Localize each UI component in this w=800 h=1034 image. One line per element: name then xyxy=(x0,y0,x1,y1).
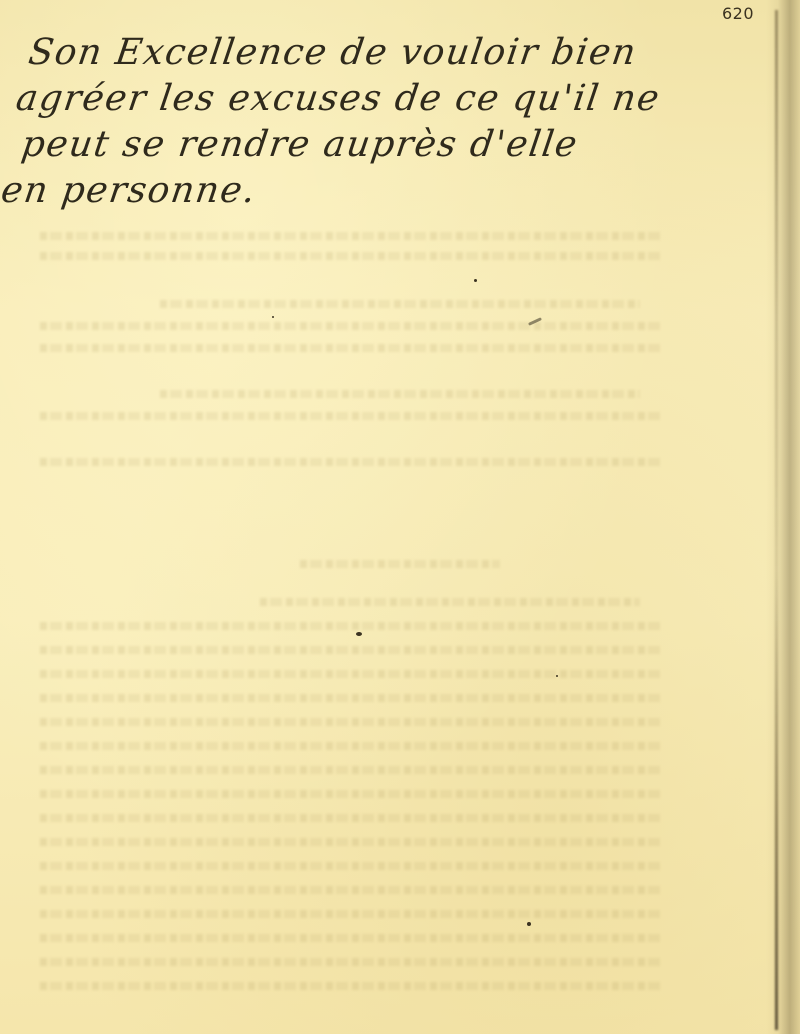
bleed-through-line xyxy=(40,322,660,330)
page-number: 620 xyxy=(722,4,754,23)
bleed-through-line xyxy=(260,598,640,606)
binding-shadow xyxy=(766,0,800,1034)
bleed-through-line xyxy=(40,252,660,260)
bleed-through-line xyxy=(40,232,660,240)
bleed-through-line xyxy=(40,934,660,942)
bleed-through-line xyxy=(40,742,660,750)
handwritten-line: en personne. xyxy=(0,168,763,214)
binding-edge-line xyxy=(775,10,778,1030)
bleed-through-line xyxy=(40,718,660,726)
bleed-through-line xyxy=(40,694,660,702)
bleed-through-line xyxy=(40,412,660,420)
bleed-through-line xyxy=(40,646,660,654)
bleed-through-line xyxy=(40,814,660,822)
handwritten-text: Son Excellence de vouloir bien agréer le… xyxy=(0,30,782,214)
bleed-through-line xyxy=(40,670,660,678)
bleed-through-line xyxy=(160,300,640,308)
bleed-through-line xyxy=(40,886,660,894)
ink-speck xyxy=(272,316,274,318)
bleed-through-line xyxy=(40,622,660,630)
handwritten-line: agréer les excuses de ce qu'il ne xyxy=(13,76,775,122)
handwritten-line: peut se rendre auprès d'elle xyxy=(19,122,769,168)
ink-speck xyxy=(556,675,558,677)
bleed-through-line xyxy=(40,838,660,846)
manuscript-page: 620 Son Excellence de vouloir bien agrée… xyxy=(0,0,800,1034)
bleed-through-heading xyxy=(300,560,500,568)
bleed-through-line xyxy=(160,390,640,398)
bleed-through-line xyxy=(40,766,660,774)
ink-speck xyxy=(474,279,477,282)
bleed-through-line xyxy=(40,344,660,352)
bleed-through-line xyxy=(40,910,660,918)
bleed-through-line xyxy=(40,790,660,798)
bleed-through-line xyxy=(40,458,660,466)
bleed-through-line xyxy=(40,862,660,870)
bleed-through-line xyxy=(40,982,660,990)
handwritten-line: Son Excellence de vouloir bien xyxy=(26,30,782,76)
ink-speck xyxy=(356,632,362,636)
bleed-through-line xyxy=(40,958,660,966)
ink-speck xyxy=(527,922,531,926)
